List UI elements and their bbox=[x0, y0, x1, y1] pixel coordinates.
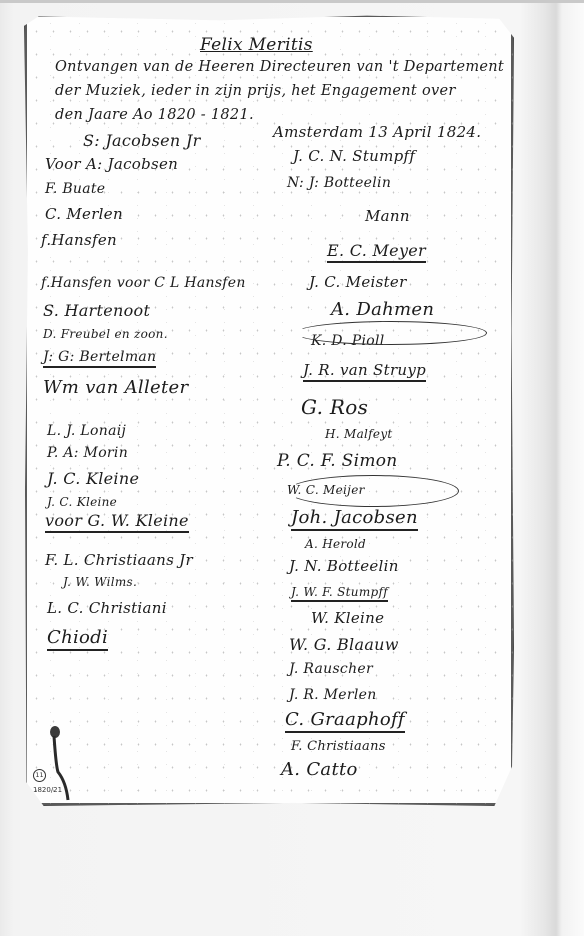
scanner-edge bbox=[0, 0, 584, 3]
signature-right: P. C. F. Simon bbox=[277, 451, 398, 471]
manuscript-page: Felix Meritis Ontvangen van de Heeren Di… bbox=[24, 14, 514, 806]
signature-left: L. C. Christiani bbox=[47, 599, 167, 617]
signature-left: Wm van Alleter bbox=[43, 377, 188, 398]
signature-left: voor G. W. Kleine bbox=[45, 511, 189, 533]
signature-left: Chiodi bbox=[47, 627, 108, 651]
signature-right: A. Herold bbox=[305, 537, 366, 551]
signature-right: N: J: Botteelin bbox=[287, 175, 391, 191]
signature-right: Joh. Jacobsen bbox=[291, 507, 418, 531]
heading-line-3: den Jaare Ao 1820 - 1821. bbox=[55, 107, 254, 123]
signature-left: J. C. Kleine bbox=[47, 469, 139, 488]
signature-left: S: Jacobsen Jr bbox=[83, 131, 201, 150]
place-date: Amsterdam 13 April 1824. bbox=[273, 123, 481, 141]
archive-stamp: 11 1820/21 bbox=[33, 769, 62, 794]
signature-left: C. Merlen bbox=[45, 205, 123, 223]
signature-right: J. Rauscher bbox=[289, 661, 373, 677]
signature-left: F. L. Christiaans Jr bbox=[45, 551, 193, 569]
signature-right: J. R. Merlen bbox=[289, 687, 377, 703]
signature-right: C. Graaphoff bbox=[285, 709, 405, 733]
signature-right: H. Malfeyt bbox=[325, 427, 393, 441]
signature-right: J. C. Meister bbox=[309, 273, 407, 291]
signature-right: Mann bbox=[365, 207, 410, 225]
signature-right: F. Christiaans bbox=[291, 739, 386, 754]
signature-left: J. C. Kleine bbox=[47, 495, 117, 509]
signature-left: D. Freubel en zoon. bbox=[43, 327, 168, 341]
signature-left: S. Hartenoot bbox=[43, 301, 150, 320]
signature-left: J: G: Bertelman bbox=[43, 349, 156, 368]
signature-right: J. W. F. Stumpff bbox=[291, 585, 388, 602]
signature-left: Voor A: Jacobsen bbox=[45, 155, 178, 173]
signature-left: L. J. Lonaij bbox=[47, 423, 126, 439]
signature-left: J. W. Wilms. bbox=[63, 575, 137, 589]
heading-line-2: der Muziek, ieder in zijn prijs, het Eng… bbox=[55, 83, 456, 99]
document-title: Felix Meritis bbox=[200, 35, 313, 55]
signature-right: A. Catto bbox=[281, 759, 358, 780]
signature-left: f.Hansfen bbox=[41, 231, 117, 249]
signature-right: J. N. Botteelin bbox=[289, 557, 399, 575]
signature-flourish bbox=[295, 321, 487, 345]
signature-flourish bbox=[287, 475, 459, 507]
heading-line-1: Ontvangen van de Heeren Directeuren van … bbox=[55, 59, 504, 75]
signature-right: E. C. Meyer bbox=[327, 241, 426, 263]
signature-right: G. Ros bbox=[301, 395, 368, 419]
archive-code: 1820/21 bbox=[33, 786, 62, 794]
signature-right: W. Kleine bbox=[311, 609, 384, 627]
signature-right: J. R. van Struyp bbox=[303, 361, 426, 382]
signature-right: W. G. Blaauw bbox=[289, 635, 399, 654]
signature-right: J. C. N. Stumpff bbox=[293, 147, 415, 165]
archive-number: 11 bbox=[33, 769, 46, 782]
signature-right: A. Dahmen bbox=[331, 299, 434, 320]
signature-left: f.Hansfen voor C L Hansfen bbox=[41, 275, 246, 291]
signature-left: P. A: Morin bbox=[47, 445, 128, 461]
signature-left: F. Buate bbox=[45, 181, 105, 197]
